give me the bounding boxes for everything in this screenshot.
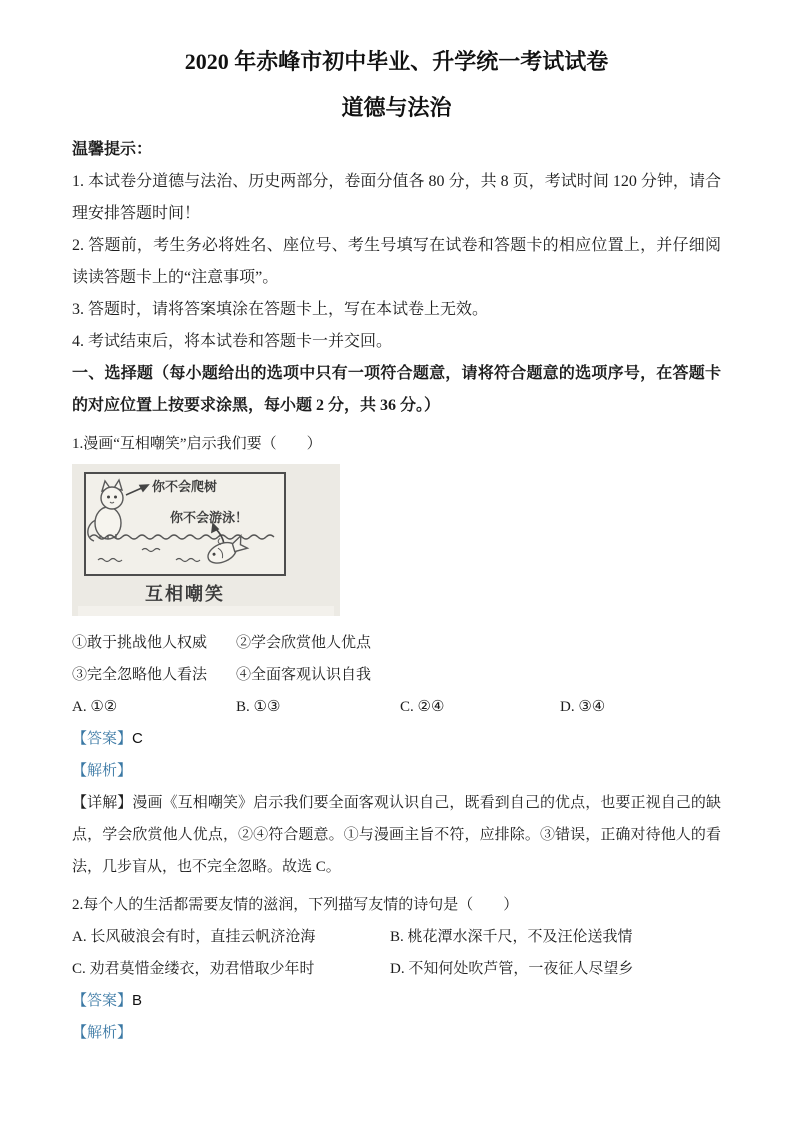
choice-b: B. ①③	[236, 691, 400, 723]
answer-label: 【答案】	[72, 993, 132, 1009]
choice-c: C. ②④	[400, 691, 560, 723]
notice-item-2: 2. 答题前，考生务必将姓名、座位号、考生号填写在试卷和答题卡的相应位置上，并仔…	[72, 230, 721, 294]
comic-caption: 互相嘲笑	[145, 583, 225, 604]
choice-c: C. 劝君莫惜金缕衣，劝君惜取少年时	[72, 953, 390, 985]
question1-choices: A. ①② B. ①③ C. ②④ D. ③④	[72, 691, 721, 723]
question2-stem: 2.每个人的生活都需要友情的滋润，下列描写友情的诗句是（ ）	[72, 889, 721, 921]
notice-item-1: 1. 本试卷分道德与法治、历史两部分，卷面分值各 80 分，共 8 页，考试时间…	[72, 166, 721, 230]
question1-analysis-label: 【解析】	[72, 755, 721, 787]
question2-answer-line: 【答案】B	[72, 985, 721, 1017]
notice-item-3: 3. 答题时，请将答案填涂在答题卡上，写在本试卷上无效。	[72, 294, 721, 326]
question1-stem: 1.漫画“互相嘲笑”启示我们要（ ）	[72, 428, 721, 460]
page-subtitle: 道德与法治	[72, 90, 721, 126]
statement-2: ②学会欣赏他人优点	[236, 627, 721, 659]
page-title: 2020 年赤峰市初中毕业、升学统一考试试卷	[72, 44, 721, 80]
question2-block: 2.每个人的生活都需要友情的滋润，下列描写友情的诗句是（ ） A. 长风破浪会有…	[72, 889, 721, 1049]
question1-statements: ①敢于挑战他人权威 ②学会欣赏他人优点 ③完全忽略他人看法 ④全面客观认识自我	[72, 627, 721, 691]
answer-value: C	[132, 730, 143, 747]
question1-comic-image: 你不会爬树 你不会游泳！ 互相嘲笑	[72, 464, 340, 621]
comic-illustration: 你不会爬树 你不会游泳！ 互相嘲笑	[72, 464, 340, 616]
choice-a: A. ①②	[72, 691, 236, 723]
question1-detail: 【详解】漫画《互相嘲笑》启示我们要全面客观认识自己，既看到自己的优点，也要正视自…	[72, 787, 721, 883]
answer-value: B	[132, 992, 142, 1009]
notice-block: 温馨提示： 1. 本试卷分道德与法治、历史两部分，卷面分值各 80 分，共 8 …	[72, 134, 721, 358]
question2-analysis-label: 【解析】	[72, 1017, 721, 1049]
notice-heading: 温馨提示：	[72, 134, 721, 166]
notice-item-4: 4. 考试结束后，将本试卷和答题卡一并交回。	[72, 326, 721, 358]
choice-d: D. ③④	[560, 691, 721, 723]
question2-choices: A. 长风破浪会有时，直挂云帆济沧海 B. 桃花潭水深千尺，不及汪伦送我情 C.…	[72, 921, 721, 985]
statement-1: ①敢于挑战他人权威	[72, 627, 236, 659]
comic-text-fish-taunt: 你不会游泳！	[170, 510, 248, 525]
choice-d: D. 不知何处吹芦管，一夜征人尽望乡	[390, 953, 721, 985]
question1-answer-line: 【答案】C	[72, 723, 721, 755]
choice-a: A. 长风破浪会有时，直挂云帆济沧海	[72, 921, 390, 953]
choice-b: B. 桃花潭水深千尺，不及汪伦送我情	[390, 921, 721, 953]
comic-text-cat-taunt: 你不会爬树	[152, 479, 217, 494]
exam-document-page: 2020 年赤峰市初中毕业、升学统一考试试卷 道德与法治 温馨提示： 1. 本试…	[0, 0, 793, 1122]
answer-label: 【答案】	[72, 731, 132, 747]
section-heading: 一、选择题（每小题给出的选项中只有一项符合题意，请将符合题意的选项序号，在答题卡…	[72, 358, 721, 422]
statement-3: ③完全忽略他人看法	[72, 659, 236, 691]
statement-4: ④全面客观认识自我	[236, 659, 721, 691]
